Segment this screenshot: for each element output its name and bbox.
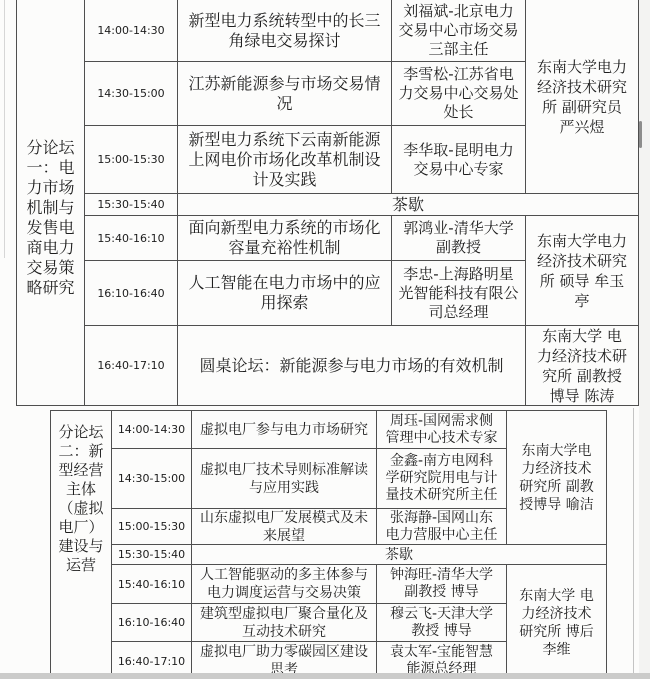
forum2-row5-speaker: 钟海旺-清华大学副教授 博导 (376, 564, 506, 603)
forum1-row2-topic: 江苏新能源参与市场交易情况 (177, 61, 391, 125)
page-right-margin (639, 0, 650, 679)
forum2-row6-time: 16:10-16:40 (111, 603, 191, 641)
forum1-roundtable-cell: 圆桌论坛：新能源参与电力市场的有效机制 (177, 325, 525, 405)
forum1-row5-time: 15:40-16:10 (84, 215, 177, 260)
forum1-row2-time: 14:30-15:00 (84, 61, 177, 125)
forum1-row6-speaker: 李忠-上海路明星光智能科技有限公司总经理 (391, 260, 525, 325)
forum2-row5-topic: 人工智能驱动的多主体参与电力调度运营与交易决策 (191, 564, 376, 603)
forum2-row2-time: 14:30-15:00 (111, 448, 191, 508)
page-edge-line (633, 408, 634, 679)
forum1-row1-speaker: 刘福斌-北京电力交易中心市场交易三部主任 (391, 0, 525, 61)
forum1-row7-time: 16:40-17:10 (84, 325, 177, 405)
forum2-table: 分论坛 二：新 型经营 主体 （虚拟 电厂） 建设与 运营 14:00-14:3… (50, 410, 607, 679)
forum2-row3-topic: 山东虚拟电厂发展模式及未来展望 (191, 508, 376, 544)
vertical-scrollbar-thumb[interactable] (639, 121, 642, 148)
forum1-row2-speaker: 李雪松-江苏省电力交易中心交易处处长 (391, 61, 525, 125)
forum1-moderator-3: 东南大学 电力经济技术研究所 副教授 博导 陈涛 (525, 325, 638, 405)
bottom-bar (0, 673, 650, 679)
forum1-break-time: 15:30-15:40 (84, 193, 177, 215)
forum2-row3-speaker: 张海静-国网山东电力营服中心主任 (376, 508, 506, 544)
forum1-row1-time: 14:00-14:30 (84, 0, 177, 61)
forum1-moderator-2: 东南大学电力经济技术研究所 硕导 牟玉亭 (525, 215, 638, 325)
forum2-tea-break-cell: 茶歇 (191, 544, 606, 564)
forum2-row1-topic: 虚拟电厂参与电力市场研究 (191, 411, 376, 448)
forum1-row6-time: 16:10-16:40 (84, 260, 177, 325)
forum1-row3-speaker: 李华取-昆明电力交易中心专家 (391, 125, 525, 193)
forum1-label: 分论坛 一：电 力市场 机制与 发售电 商电力 交易策 略研究 (17, 0, 84, 405)
forum2-moderator-1: 东南大学电力经济技术研究所 副教授博导 喻洁 (506, 411, 606, 544)
forum1-tea-break-cell: 茶歇 (177, 193, 638, 215)
forum2-row2-speaker: 金鑫-南方电网科学研究院用电与计量技术研究所主任 (376, 448, 506, 508)
forum1-table: 分论坛 一：电 力市场 机制与 发售电 商电力 交易策 略研究 14:00-14… (16, 0, 639, 406)
forum2-moderator-2: 东南大学 电力经济技术研究所 博后 李维 (506, 564, 606, 679)
forum1-row1-topic: 新型电力系统转型中的长三角绿电交易探讨 (177, 0, 391, 61)
forum1-row5-speaker: 郭鸿业-清华大学副教授 (391, 215, 525, 260)
forum1-row3-topic: 新型电力系统下云南新能源上网电价市场化改革机制设计及实践 (177, 125, 391, 193)
forum2-row6-speaker: 穆云飞-天津大学教授 博导 (376, 603, 506, 641)
forum1-row6-topic: 人工智能在电力市场中的应用探索 (177, 260, 391, 325)
forum2-row3-time: 15:00-15:30 (111, 508, 191, 544)
forum2-row2-topic: 虚拟电厂技术导则标准解读与应用实践 (191, 448, 376, 508)
forum2-row1-speaker: 周珏-国网需求侧管理中心技术专家 (376, 411, 506, 448)
forum1-moderator-1: 东南大学电力经济技术研究所 副研究员 严兴煜 (525, 0, 638, 193)
page-left-edge-line (4, 0, 5, 258)
forum2-label: 分论坛 二：新 型经营 主体 （虚拟 电厂） 建设与 运营 (51, 411, 111, 679)
forum2-row1-time: 14:00-14:30 (111, 411, 191, 448)
forum2-row6-topic: 建筑型虚拟电厂聚合量化及互动技术研究 (191, 603, 376, 641)
forum1-row5-topic: 面向新型电力系统的市场化容量充裕性机制 (177, 215, 391, 260)
forum2-break-time: 15:30-15:40 (111, 544, 191, 564)
forum1-row3-time: 15:00-15:30 (84, 125, 177, 193)
forum2-row5-time: 15:40-16:10 (111, 564, 191, 603)
